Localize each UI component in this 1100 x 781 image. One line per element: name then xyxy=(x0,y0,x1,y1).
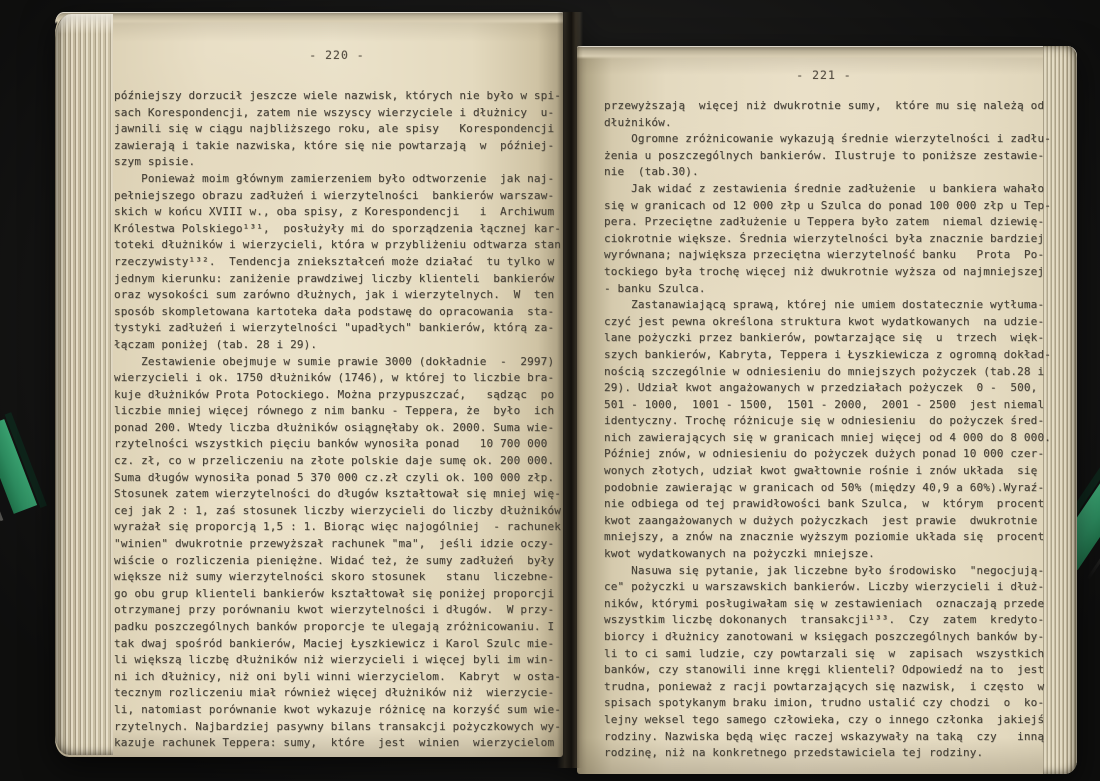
text-line: lane pożyczki przez bankierów, powtarzaj… xyxy=(604,330,1072,347)
text-line: rodziny. Nazwiska będą więc raczej wskaz… xyxy=(604,729,1072,746)
text-line: ników, którymi posługiwałam się w zestaw… xyxy=(604,596,1072,613)
text-line: rzytelności wszystkich pięciu banków wyn… xyxy=(114,436,562,453)
text-line: trudna, ponieważ z racji powtarzających … xyxy=(604,679,1072,696)
text-line: biorcy i dłużnicy zanotowani w księgach … xyxy=(604,629,1072,646)
text-line: nich zawierających się w granicach mniej… xyxy=(604,430,1072,447)
text-line: Jak widać z zestawienia średnie zadłużen… xyxy=(604,181,1072,198)
text-line: późniejszy dorzucił jeszcze wiele nazwis… xyxy=(114,88,562,105)
left-page-number: - 220 - xyxy=(114,48,560,62)
text-line: li to ci sami ludzie, czy powtarzali się… xyxy=(604,646,1072,663)
text-line: tecznym rozliczeniu miał również więcej … xyxy=(114,685,562,702)
text-line: czyć jest pewna określona struktura kwot… xyxy=(604,314,1072,331)
text-line: Suma długów wynosiła ponad 5 370 000 cz.… xyxy=(114,470,562,487)
text-line: wszystkim liczbę dokonanych transakcji¹³… xyxy=(604,612,1072,629)
text-line: kuje dłużników Prota Potockiego. Można p… xyxy=(114,387,562,404)
text-line: rzytelnych. Najbardziej pasywny bilans t… xyxy=(114,719,562,736)
text-line: dłużników. xyxy=(604,115,1072,132)
text-line: kwot wydatkowanych na pożyczki mniejsze. xyxy=(604,546,1072,563)
book-gutter-shadow xyxy=(557,12,583,768)
text-line: wonych złotych, udział kwot gwałtownie r… xyxy=(604,463,1072,480)
text-line: ni ich dłużnicy, niż oni byli winni wier… xyxy=(114,669,562,686)
text-line: Zestawienie obejmuje w sumie prawie 3000… xyxy=(114,354,562,371)
text-line: 501 - 1000, 1001 - 1500, 1501 - 2000, 20… xyxy=(604,397,1072,414)
text-line: oraz wysokości sum zarówno dłużnych, jak… xyxy=(114,287,562,304)
text-line: spisach spotykanym braku imion, trudno u… xyxy=(604,695,1072,712)
left-page-stack-edge xyxy=(55,14,113,755)
text-line: tockiego była trochę więcej niż dwukrotn… xyxy=(604,264,1072,281)
text-line: Zastanawiającą sprawą, której nie umiem … xyxy=(604,297,1072,314)
text-line: rzeczywisty¹³². Tendencja zniekształceń … xyxy=(114,254,562,271)
text-line: wiście o rozliczenia pieniężne. Widać te… xyxy=(114,553,562,570)
text-line: lejny weksel tego samego człowieka, czy … xyxy=(604,712,1072,729)
left-page: - 220 - późniejszy dorzucił jeszcze wiel… xyxy=(55,12,563,757)
text-line: ciokrotnie większe. Średnia wierzytelnoś… xyxy=(604,231,1072,248)
text-line: sposób skompletowana kartoteka dała pods… xyxy=(114,304,562,321)
text-line: pera. Przeciętne zadłużenie u Teppera by… xyxy=(604,214,1072,231)
text-line: wyrównana; największa przeciętna wierzyt… xyxy=(604,247,1072,264)
text-line: wierzycieli i ok. 1750 dłużników (1746),… xyxy=(114,370,562,387)
text-line: "winien" dwukrotnie przewyższał rachunek… xyxy=(114,536,562,553)
text-line: ponad 200. Wtedy liczba dłużników osiągn… xyxy=(114,420,562,437)
text-line: skich w końcu XVIII w., oba spisy, z Kor… xyxy=(114,204,562,221)
text-line: liczbie mniej więcej równego z nim banku… xyxy=(114,403,562,420)
text-line: jawnili się w ciągu najbliższego roku, a… xyxy=(114,121,562,138)
green-ribbon-left xyxy=(0,419,37,514)
text-line: rodzinę, niż na konkretnego przedstawici… xyxy=(604,745,1072,762)
text-line: tak dwaj spośród bankierów, Maciej Łyszk… xyxy=(114,636,562,653)
text-line: kazuje rachunek Teppera: sumy, które jes… xyxy=(114,735,562,752)
text-line: Ogromne zróżnicowanie wykazują średnie w… xyxy=(604,131,1072,148)
text-line: - banku Szulca. xyxy=(604,281,1072,298)
text-line: kwot zaangażowanych w dużych pożyczkach … xyxy=(604,513,1072,530)
right-page-number: - 221 - xyxy=(604,68,1044,82)
text-line: szych bankierów, Kabryta, Teppera i Łysz… xyxy=(604,347,1072,364)
text-line: banków, czy stanowili inne kręgi kliente… xyxy=(604,662,1072,679)
text-line: nie (tab.30). xyxy=(604,164,1072,181)
text-line: wyrażał się proporcją 1,5 : 1. Biorąc wi… xyxy=(114,519,562,536)
text-line: się w granicach od 12 000 złp u Szulca d… xyxy=(604,198,1072,215)
photo-background: - 220 - późniejszy dorzucił jeszcze wiel… xyxy=(0,0,1100,781)
text-line: li, natomiast porównanie kwot wykazuje r… xyxy=(114,702,562,719)
text-line: podobnie zawierając w granicach od 50% (… xyxy=(604,480,1072,497)
text-line: łączam poniżej (tab. 28 i 29). xyxy=(114,337,562,354)
text-line: Ponieważ moim głównym zamierzeniem było … xyxy=(114,171,562,188)
text-line: padku poszczególnych banków proporcje te… xyxy=(114,619,562,636)
text-line: Nasuwa się pytanie, jak liczebne było śr… xyxy=(604,563,1072,580)
text-line: żenia u poszczególnych bankierów. Ilustr… xyxy=(604,148,1072,165)
right-page-text: przewyższają więcej niż dwukrotnie sumy,… xyxy=(604,98,1072,762)
text-line: toteki dłużników i wierzycieli, która w … xyxy=(114,237,562,254)
text-line: tystyki zadłużeń i wierzytelności "upadł… xyxy=(114,320,562,337)
text-line: szym spisie. xyxy=(114,154,562,171)
text-line: nością szczególnie w odniesieniu do mnie… xyxy=(604,364,1072,381)
text-line: Stosunek zatem wierzytelności do długów … xyxy=(114,486,562,503)
text-line: Królestwa Polskiego¹³¹, posłużyły mi do … xyxy=(114,221,562,238)
text-line: zawierają i takie nazwiska, które się ni… xyxy=(114,138,562,155)
text-line: go obu grup klienteli bankierów kształto… xyxy=(114,586,562,603)
text-line: pełniejszego obrazu zadłużeń i wierzytel… xyxy=(114,188,562,205)
right-page: - 221 - przewyższają więcej niż dwukrotn… xyxy=(577,46,1077,774)
text-line: większe niż sumy wierzytelności skoro st… xyxy=(114,569,562,586)
text-line: mniejszy, a znów na znacznie wyższym poz… xyxy=(604,529,1072,546)
text-line: otrzymanej przy porównaniu kwot wierzyte… xyxy=(114,602,562,619)
text-line: sach Korespondencji, zatem nie wszyscy w… xyxy=(114,105,562,122)
text-line: ce" pożyczki u warszawskich bankierów. L… xyxy=(604,579,1072,596)
open-book-spread: - 220 - późniejszy dorzucił jeszcze wiel… xyxy=(55,12,1077,774)
text-line: cz. zł, co w przeliczeniu na złote polsk… xyxy=(114,453,562,470)
text-line: cej jak 2 : 1, zaś stosunek liczby wierz… xyxy=(114,503,562,520)
text-line: przewyższają więcej niż dwukrotnie sumy,… xyxy=(604,98,1072,115)
text-line: Później znów, w odniesieniu do pożyczek … xyxy=(604,446,1072,463)
text-line: jednym kierunku: zaniżenie prawdziwej li… xyxy=(114,271,562,288)
text-line: identyczny. Trochę różnicuje się w odnie… xyxy=(604,413,1072,430)
text-line: nie odbiega od tej prawidłowości bank Sz… xyxy=(604,496,1072,513)
text-line: li większą liczbę dłużników niż wierzyci… xyxy=(114,652,562,669)
left-page-text: późniejszy dorzucił jeszcze wiele nazwis… xyxy=(114,88,562,752)
text-line: 29). Udział kwot angażowanych w przedzia… xyxy=(604,380,1072,397)
